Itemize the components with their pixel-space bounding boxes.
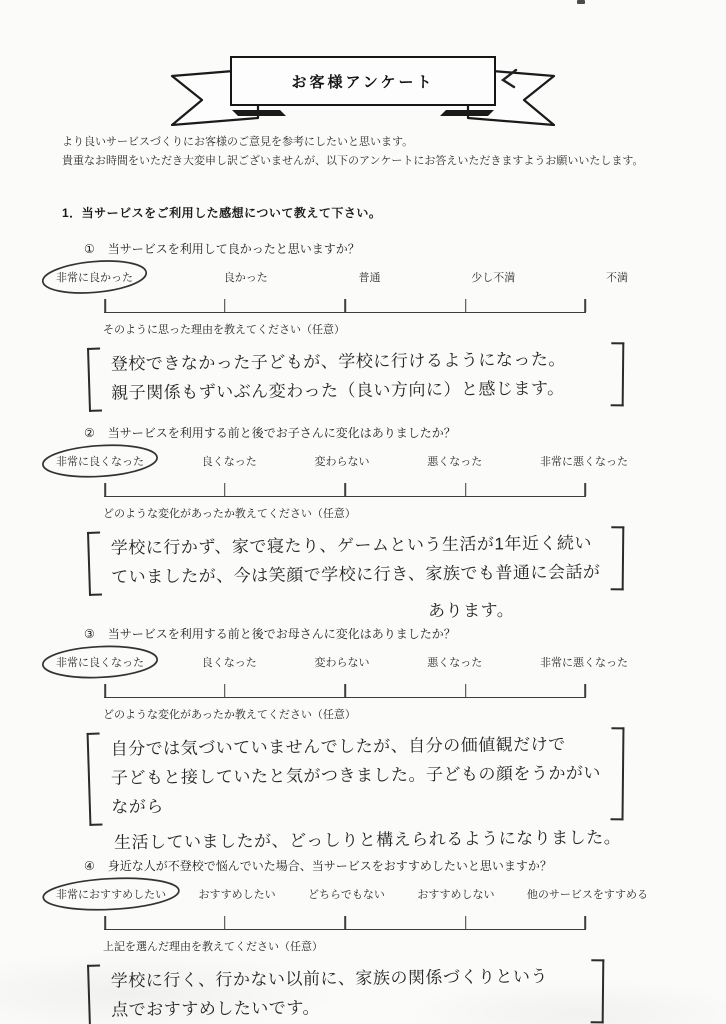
scale-line	[104, 296, 586, 313]
answer-prompt: 上記を選んだ理由を教えてください（任意）	[103, 938, 726, 954]
section-heading: 1．当サービスをご利用した感想について教えて下さい。	[62, 204, 726, 221]
option-label: 普通	[359, 269, 381, 285]
question-text: 当サービスを利用して良かったと思いますか？	[108, 242, 360, 256]
option-label: 変わらない	[315, 453, 370, 469]
question-block-1: ①当サービスを利用して良かったと思いますか？ 非常に良かった 良かった 普通 少…	[0, 240, 726, 409]
option-label: 非常に良くなった	[56, 456, 144, 468]
option-label: おすすめしない	[417, 886, 494, 902]
question-number: ①	[84, 242, 95, 256]
right-bracket	[610, 727, 624, 820]
left-bracket	[87, 348, 102, 412]
page-title: お客様アンケート	[291, 71, 434, 92]
banner-box: お客様アンケート	[230, 56, 496, 106]
question-title: ④身近な人が不登校で悩んでいた場合、当サービスをおすすめしたいと思いますか？	[84, 857, 726, 874]
option-label: 他のサービスをすすめる	[527, 886, 648, 902]
question-text: 当サービスを利用する前と後でお子さんに変化はありましたか？	[108, 426, 456, 440]
intro-line-1: より良いサービスづくりにお客様のご意見を参考にしたいと思います。	[62, 133, 726, 152]
option-label: 変わらない	[315, 654, 370, 670]
left-bracket	[87, 964, 102, 1024]
scale-line	[104, 681, 586, 698]
option-label: 良かった	[224, 269, 268, 285]
selected-option: 非常に良くなった	[56, 453, 144, 469]
rating-scale-options: 非常に良くなった 良くなった 変わらない 悪くなった 非常に悪くなった	[56, 654, 628, 670]
option-label: 良くなった	[202, 654, 257, 670]
question-block-3: ③当サービスを利用する前と後でお母さんに変化はありましたか？ 非常に良くなった …	[0, 625, 726, 850]
question-number: ④	[84, 859, 95, 873]
question-title: ①当サービスを利用して良かったと思いますか？	[84, 240, 726, 257]
intro-line-2: 貴重なお時間をいただき大変申し訳ございませんが、以下のアンケートにお答えいただき…	[62, 152, 726, 171]
option-label: 非常におすすめしたい	[56, 889, 166, 901]
right-bracket	[591, 959, 605, 1023]
title-banner: お客様アンケート	[168, 56, 558, 120]
option-label: 良くなった	[202, 453, 257, 469]
question-title: ③当サービスを利用する前と後でお母さんに変化はありましたか？	[84, 625, 726, 642]
scan-artifact-mark	[577, 0, 585, 4]
scale-line	[104, 913, 586, 930]
rating-scale-options: 非常に良かった 良かった 普通 少し不満 不満	[56, 269, 628, 285]
rating-scale-options: 非常におすすめしたい おすすめしたい どちらでもない おすすめしない 他のサービ…	[56, 886, 648, 902]
answer-line: 親子関係もずいぶん変わった（良い方向に）と感じます。	[111, 373, 601, 407]
selected-option: 非常に良かった	[56, 269, 133, 285]
handwritten-answer: 学校に行く、行かない以前に、家族の関係づくりという 点でおすすめしたいです。	[88, 959, 605, 1024]
option-label: 非常に悪くなった	[540, 453, 628, 469]
scale-line	[104, 480, 586, 497]
option-label: 不満	[606, 269, 628, 285]
question-block-2: ②当サービスを利用する前と後でお子さんに変化はありましたか？ 非常に良くなった …	[0, 424, 726, 620]
question-number: ③	[84, 627, 95, 641]
selected-option: 非常に良くなった	[56, 654, 144, 670]
selected-option: 非常におすすめしたい	[56, 886, 166, 902]
option-label: 少し不満	[471, 269, 515, 285]
answer-overflow-line: 生活していましたが、どっしりと構えられるようになりました。	[114, 822, 726, 853]
intro-text: より良いサービスづくりにお客様のご意見を参考にしたいと思います。 貴重なお時間を…	[62, 133, 726, 171]
handwritten-answer: 自分では気づいていませんでしたが、自分の価値観だけで 子どもと接していたと気がつ…	[88, 727, 625, 826]
right-bracket	[611, 342, 625, 406]
question-text: 当サービスを利用する前と後でお母さんに変化はありましたか？	[108, 627, 456, 641]
question-title: ②当サービスを利用する前と後でお子さんに変化はありましたか？	[84, 424, 726, 441]
answer-prompt: どのような変化があったか教えてください（任意）	[103, 505, 726, 521]
handwritten-answer: 登校できなかった子どもが、学校に行けるようになった。 親子関係もずいぶん変わった…	[88, 342, 625, 412]
answer-prompt: そのように思った理由を教えてください（任意）	[103, 321, 726, 337]
question-text: 身近な人が不登校で悩んでいた場合、当サービスをおすすめしたいと思いますか？	[108, 859, 552, 873]
right-bracket	[611, 526, 625, 590]
answer-prompt: どのような変化があったか教えてください（任意）	[103, 706, 726, 722]
answer-line: 子どもと接していたと気がつきました。子どもの顔をうかがいながら	[111, 758, 602, 821]
handwritten-answer: 学校に行かず、家で寝たり、ゲームという生活が1年近く続い ていましたが、今は笑顔…	[88, 526, 625, 596]
option-label: 悪くなった	[427, 453, 482, 469]
question-number: ②	[84, 426, 95, 440]
rating-scale-options: 非常に良くなった 良くなった 変わらない 悪くなった 非常に悪くなった	[56, 453, 628, 469]
option-label: 非常に良かった	[56, 272, 133, 284]
option-label: 非常に良くなった	[56, 657, 144, 669]
option-label: どちらでもない	[308, 886, 385, 902]
answer-line: 学校に行く、行かない以前に、家族の関係づくりという	[111, 962, 581, 996]
option-label: 非常に悪くなった	[540, 654, 628, 670]
answer-line: 点でおすすめしたいです。	[111, 991, 581, 1024]
question-block-4: ④身近な人が不登校で悩んでいた場合、当サービスをおすすめしたいと思いますか？ 非…	[0, 857, 726, 1024]
answer-overflow-line: あります。	[428, 593, 726, 621]
option-label: おすすめしたい	[199, 886, 276, 902]
left-bracket	[87, 532, 102, 596]
answer-line: ていましたが、今は笑顔で学校に行き、家族でも普通に会話が	[111, 557, 601, 591]
option-label: 悪くなった	[427, 654, 482, 670]
